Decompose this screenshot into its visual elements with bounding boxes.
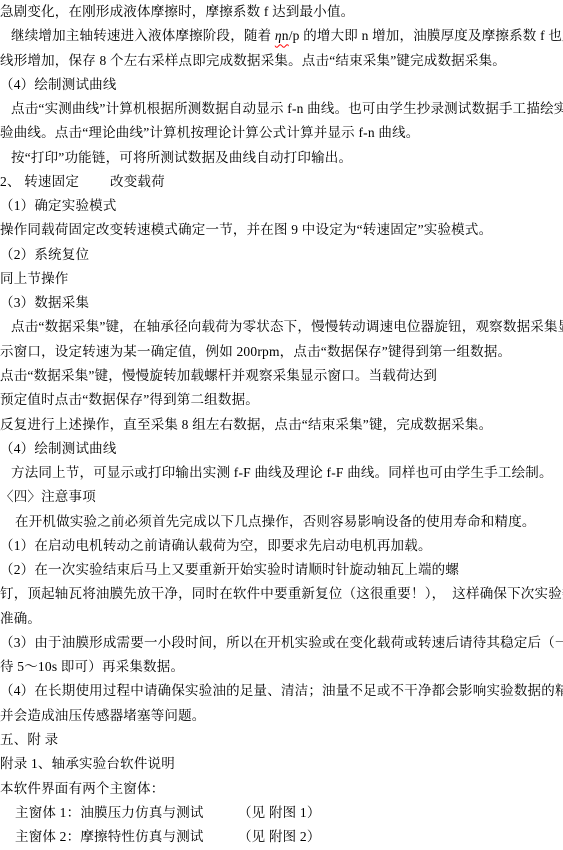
text-line: 操作同载荷固定改变转速模式确定一节，并在图 9 中设定为“转速固定”实验模式。 xyxy=(0,218,563,242)
text-run: （4）绘制测试曲线 xyxy=(0,77,117,92)
text-run: 2、 转速固定 改变载荷 xyxy=(0,174,165,189)
text-line: 〈四〉注意事项 xyxy=(0,485,563,509)
text-line: 方法同上节，可显示或打印输出实测 f-F 曲线及理论 f-F 曲线。同样也可由学… xyxy=(0,461,563,485)
text-line: 线形增加，保存 8 个左右采样点即完成数据采集。点击“结束采集”键完成数据采集。 xyxy=(0,49,563,73)
text-run: 反复进行上述操作，直至采集 8 组左右数据，点击“结束采集”键，完成数据采集。 xyxy=(0,417,492,432)
text-line: 继续增加主轴转速进入液体摩擦阶段，随着 ηn/p 的增大即 n 增加，油膜厚度及… xyxy=(0,24,563,48)
text-line: 待 5～10s 即可）再采集数据。 xyxy=(0,655,563,679)
text-line: 准确。 xyxy=(0,607,563,631)
text-run: 五、附 录 xyxy=(0,732,58,747)
text-line: （1）确定实验模式 xyxy=(0,194,563,218)
text-run: 〈四〉注意事项 xyxy=(0,489,96,504)
text-line: 急剧变化，在刚形成液体摩擦时，摩擦系数 f 达到最小值。 xyxy=(0,0,563,24)
text-run: （1）确定实验模式 xyxy=(0,198,117,213)
text-run: 主窗体 2：摩擦特性仿真与测试 （见 附图 2） xyxy=(15,829,321,844)
text-line: （2）在一次实验结束后马上又要重新开始实验时请顺时针旋动轴瓦上端的螺 xyxy=(0,558,563,582)
text-line: （3）数据采集 xyxy=(0,291,563,315)
text-line: 预定值时点击“数据保存”得到第二组数据。 xyxy=(0,388,563,412)
text-run: 线形增加，保存 8 个左右采样点即完成数据采集。点击“结束采集”键完成数据采集。 xyxy=(0,53,506,68)
text-run: （3）由于油膜形成需要一小段时间，所以在开机实验或在变化载荷或转速后请待其稳定后… xyxy=(0,635,563,650)
text-run: 附录 1、轴承实验台软件说明 xyxy=(0,756,175,771)
text-line: （4）在长期使用过程中请确保实验油的足量、清洁；油量不足或不干净都会影响实验数据… xyxy=(0,679,563,703)
text-run: 预定值时点击“数据保存”得到第二组数据。 xyxy=(0,392,259,407)
text-line: 点击“数据采集”键，在轴承径向载荷为零状态下，慢慢转动调速电位器旋钮，观察数据采… xyxy=(0,315,563,339)
text-line: 并会造成油压传感器堵塞等问题。 xyxy=(0,704,563,728)
text-run: 同上节操作 xyxy=(0,271,69,286)
text-run: 示窗口，设定转速为某一确定值，例如 200rpm，点击“数据保存”键得到第一组数… xyxy=(0,344,511,359)
text-line: （1）在启动电机转动之前请确认载荷为空，即要求先启动电机再加载。 xyxy=(0,534,563,558)
document-page: 急剧变化，在刚形成液体摩擦时，摩擦系数 f 达到最小值。继续增加主轴转速进入液体… xyxy=(0,0,563,850)
text-line: 主窗体 1：油膜压力仿真与测试 （见 附图 1） xyxy=(0,801,563,825)
text-line: 附录 1、轴承实验台软件说明 xyxy=(0,752,563,776)
text-line: 点击“实测曲线”计算机根据所测数据自动显示 f-n 曲线。也可由学生抄录测试数据… xyxy=(0,97,563,121)
text-run: /p 的增大即 n 增加，油膜厚度及摩擦系数 f 也成 xyxy=(289,28,563,43)
text-line: 2、 转速固定 改变载荷 xyxy=(0,170,563,194)
text-run: 本软件界面有两个主窗体： xyxy=(0,781,164,796)
text-line: 示窗口，设定转速为某一确定值，例如 200rpm，点击“数据保存”键得到第一组数… xyxy=(0,340,563,364)
text-line: （2）系统复位 xyxy=(0,243,563,267)
text-run: 钉，顶起轴瓦将油膜先放干净，同时在软件中要重新复位（这很重要！）， 这样确保下次… xyxy=(0,586,563,601)
text-run: 继续增加主轴转速进入液体摩擦阶段，随着 xyxy=(11,28,275,43)
text-run: 点击“实测曲线”计算机根据所测数据自动显示 f-n 曲线。也可由学生抄录测试数据… xyxy=(11,101,563,116)
document-body: 急剧变化，在刚形成液体摩擦时，摩擦系数 f 达到最小值。继续增加主轴转速进入液体… xyxy=(0,0,563,849)
text-run: 在开机做实验之前必须首先完成以下几点操作，否则容易影响设备的使用寿命和精度。 xyxy=(15,514,536,529)
text-line: 在开机做实验之前必须首先完成以下几点操作，否则容易影响设备的使用寿命和精度。 xyxy=(0,510,563,534)
text-line: 按“打印”功能链，可将所测试数据及曲线自动打印输出。 xyxy=(0,146,563,170)
text-run: （4）在长期使用过程中请确保实验油的足量、清洁；油量不足或不干净都会影响实验数据… xyxy=(0,683,563,698)
text-run: （4）绘制测试曲线 xyxy=(0,441,117,456)
text-line: 本软件界面有两个主窗体： xyxy=(0,777,563,801)
text-run: 待 5～10s 即可）再采集数据。 xyxy=(0,659,184,674)
text-run: 并会造成油压传感器堵塞等问题。 xyxy=(0,708,206,723)
text-line: 同上节操作 xyxy=(0,267,563,291)
text-run: 急剧变化，在刚形成液体摩擦时，摩擦系数 f 达到最小值。 xyxy=(0,4,354,19)
text-line: 反复进行上述操作，直至采集 8 组左右数据，点击“结束采集”键，完成数据采集。 xyxy=(0,413,563,437)
text-run: 主窗体 1：油膜压力仿真与测试 （见 附图 1） xyxy=(15,805,321,820)
text-run: 方法同上节，可显示或打印输出实测 f-F 曲线及理论 f-F 曲线。同样也可由学… xyxy=(11,465,553,480)
text-run: 点击“数据采集”键，慢慢旋转加载螺杆并观察采集显示窗口。当载荷达到 xyxy=(0,368,437,383)
text-run: 验曲线。点击“理论曲线”计算机按理论计算公式计算并显示 f-n 曲线。 xyxy=(0,125,419,140)
text-run: （1）在启动电机转动之前请确认载荷为空，即要求先启动电机再加载。 xyxy=(0,538,432,553)
text-line: （4）绘制测试曲线 xyxy=(0,73,563,97)
text-run: （2）系统复位 xyxy=(0,247,89,262)
text-line: 点击“数据采集”键，慢慢旋转加载螺杆并观察采集显示窗口。当载荷达到 xyxy=(0,364,563,388)
text-run: 操作同载荷固定改变转速模式确定一节，并在图 9 中设定为“转速固定”实验模式。 xyxy=(0,222,492,237)
text-run: （3）数据采集 xyxy=(0,295,89,310)
text-line: 钉，顶起轴瓦将油膜先放干净，同时在软件中要重新复位（这很重要！）， 这样确保下次… xyxy=(0,582,563,606)
text-run: （2）在一次实验结束后马上又要重新开始实验时请顺时针旋动轴瓦上端的螺 xyxy=(0,562,459,577)
text-line: （4）绘制测试曲线 xyxy=(0,437,563,461)
text-line: 主窗体 2：摩擦特性仿真与测试 （见 附图 2） xyxy=(0,825,563,849)
text-run: 按“打印”功能链，可将所测试数据及曲线自动打印输出。 xyxy=(11,150,352,165)
text-line: （3）由于油膜形成需要一小段时间，所以在开机实验或在变化载荷或转速后请待其稳定后… xyxy=(0,631,563,655)
text-run: 点击“数据采集”键，在轴承径向载荷为零状态下，慢慢转动调速电位器旋钮，观察数据采… xyxy=(11,319,563,334)
spellcheck-underline: η xyxy=(275,28,282,43)
text-line: 五、附 录 xyxy=(0,728,563,752)
text-run: 准确。 xyxy=(0,611,41,626)
spellcheck-underline: n xyxy=(282,28,289,43)
text-line: 验曲线。点击“理论曲线”计算机按理论计算公式计算并显示 f-n 曲线。 xyxy=(0,121,563,145)
